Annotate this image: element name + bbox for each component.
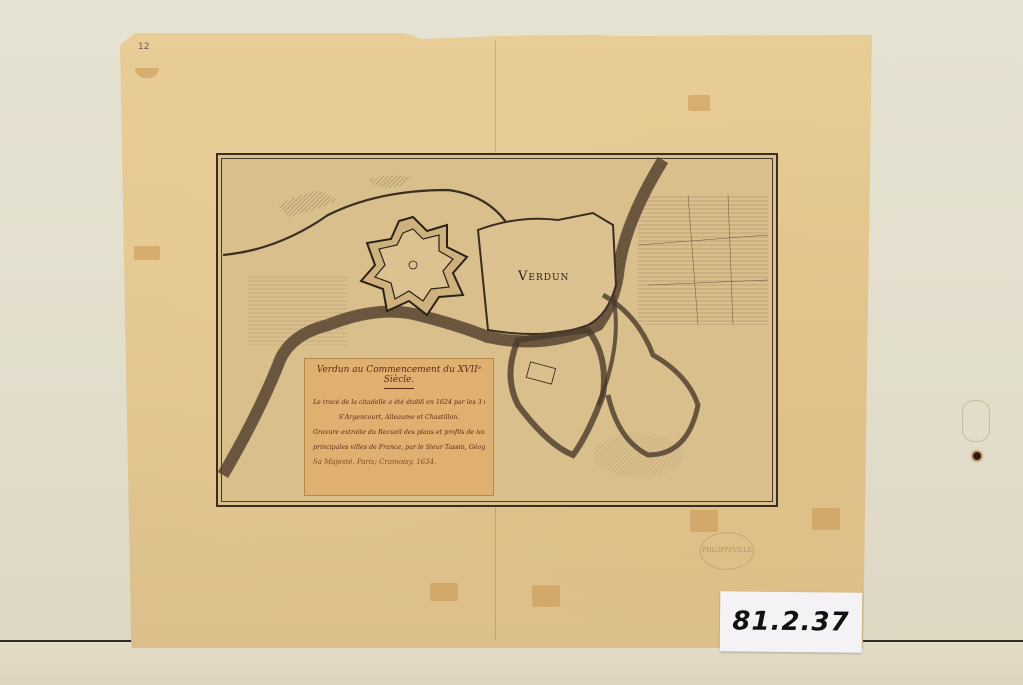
caption-line: S'Argencourt, Alleaume et Chastillon. [313, 410, 485, 425]
caption-imprint: Sa Majesté. Paris; Cramoisy. 1634. [313, 455, 485, 469]
tape-stain [430, 583, 458, 601]
marsh [593, 433, 683, 477]
map-engraving [218, 155, 776, 505]
building-plan [526, 362, 555, 384]
handwritten-caption-label: Verdun au Commencement du XVIIᵉ Siècle. … [304, 358, 494, 496]
caption-divider [384, 388, 414, 389]
upper-channel [223, 190, 508, 255]
tape-stain [690, 510, 718, 532]
wall-nail-hole [973, 452, 981, 460]
tape-stain [134, 246, 160, 260]
inventory-number-card: 81.2.37 [720, 591, 863, 652]
engraved-map: Verdun [216, 153, 778, 507]
caption-title: Verdun au Commencement du XVIIᵉ Siècle. [313, 365, 485, 385]
caption-line: Gravure extraite du Recueil des plans et… [313, 425, 485, 440]
tape-stain [688, 95, 710, 111]
caption-line: principales villes de France, par le Sie… [313, 440, 485, 455]
citadel [361, 217, 467, 315]
inventory-number: 81.2.37 [732, 606, 850, 637]
hill-hatching [278, 190, 338, 217]
collection-stamp: PHILIPPEVILLE [700, 532, 754, 570]
caption-line: Le tracé de la citadelle a été établi en… [313, 395, 485, 410]
suburb-moat [511, 330, 605, 455]
tape-stain [812, 508, 840, 530]
pencil-mark: 12 [138, 42, 149, 52]
city-label: Verdun [518, 269, 569, 284]
fields [638, 195, 768, 325]
wall-hook-mark [962, 400, 990, 442]
tape-stain [532, 585, 560, 607]
